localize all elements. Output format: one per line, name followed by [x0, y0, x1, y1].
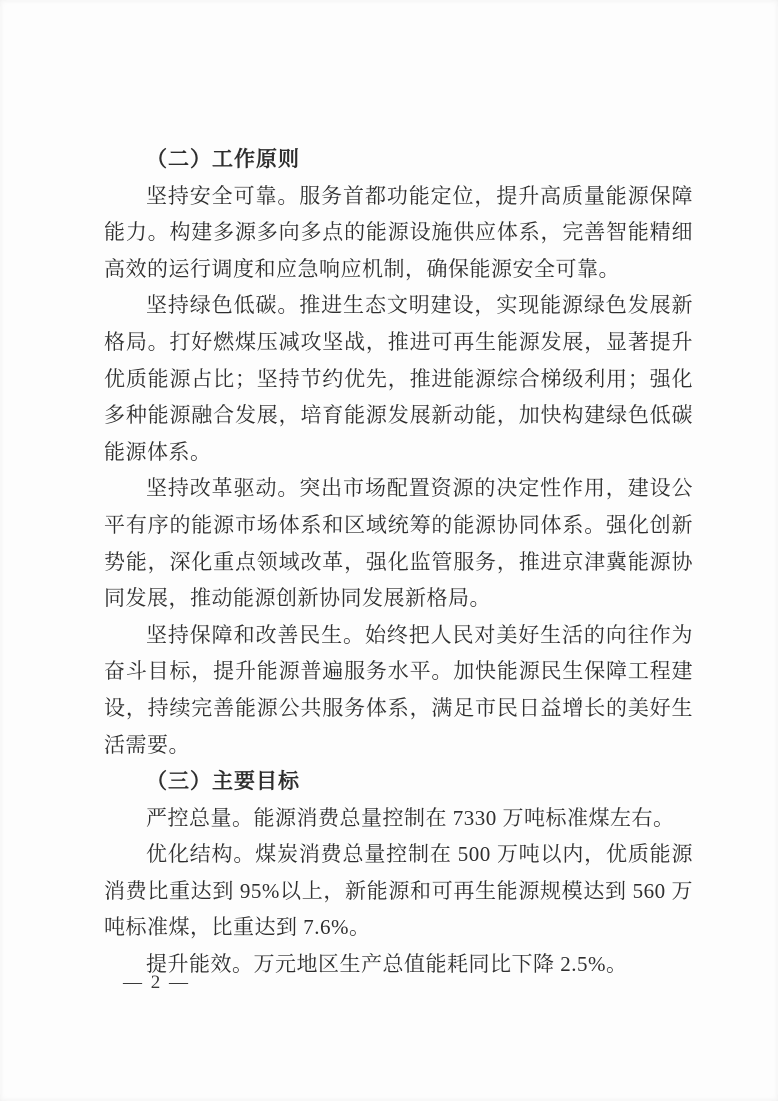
paragraph-total-control: 严控总量。能源消费总量控制在 7330 万吨标准煤左右。	[104, 800, 693, 837]
section-heading-work-principles: （二）工作原则	[104, 141, 693, 178]
paragraph-livelihood: 坚持保障和改善民生。始终把人民对美好生活的向往作为奋斗目标，提升能源普遍服务水平…	[104, 617, 693, 763]
document-body: （二）工作原则 坚持安全可靠。服务首都功能定位，提升高质量能源保障能力。构建多源…	[104, 141, 693, 983]
paragraph-energy-efficiency: 提升能效。万元地区生产总值能耗同比下降 2.5%。	[104, 946, 693, 983]
paragraph-reform-driven: 坚持改革驱动。突出市场配置资源的决定性作用，建设公平有序的能源市场体系和区域统筹…	[104, 470, 693, 616]
paragraph-safe-reliable: 坚持安全可靠。服务首都功能定位，提升高质量能源保障能力。构建多源多向多点的能源设…	[104, 178, 693, 288]
document-page: （二）工作原则 坚持安全可靠。服务首都功能定位，提升高质量能源保障能力。构建多源…	[0, 0, 778, 1101]
section-heading-main-goals: （三）主要目标	[104, 763, 693, 800]
paragraph-structure-optimization: 优化结构。煤炭消费总量控制在 500 万吨以内，优质能源消费比重达到 95%以上…	[104, 836, 693, 946]
page-number: — 2 —	[123, 972, 190, 994]
paragraph-green-lowcarbon: 坚持绿色低碳。推进生态文明建设，实现能源绿色发展新格局。打好燃煤压减攻坚战，推进…	[104, 287, 693, 470]
